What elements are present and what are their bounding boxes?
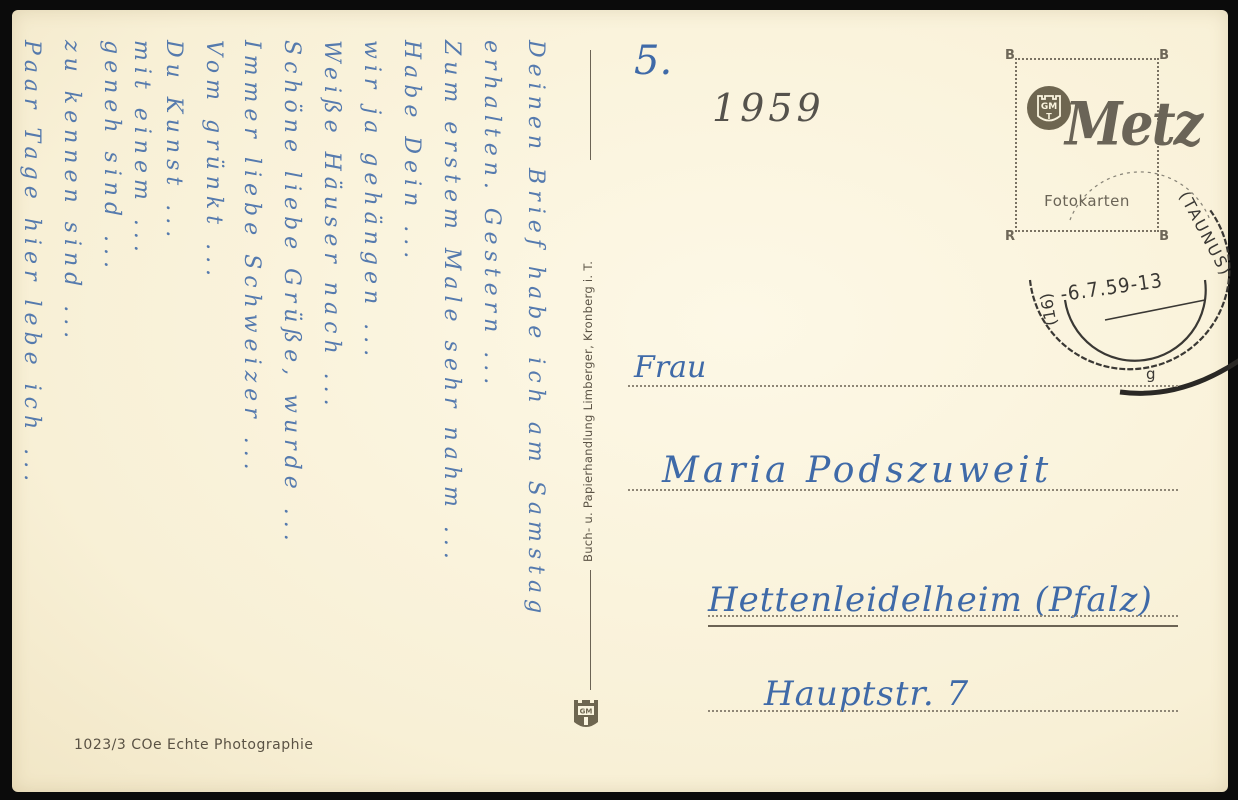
handwritten-year: 1959 <box>712 86 825 130</box>
stamp-corner: R <box>1005 229 1015 244</box>
stamp-subtitle: Fotokarten <box>1007 192 1167 210</box>
address-name: Maria Podszuweit <box>662 450 1052 491</box>
postcard: Paar Tage hier lebe ich ... zu kennen si… <box>12 10 1228 792</box>
message-line: Du Kunst ... <box>162 40 184 243</box>
gm-castle-logo-icon: GM <box>571 694 601 734</box>
message-line: Deinen Brief habe ich am Samstag <box>524 40 546 619</box>
metz-brand: Metz <box>1065 89 1201 159</box>
address-street: Hauptstr. 7 <box>764 674 969 714</box>
svg-text:GM: GM <box>1041 102 1057 112</box>
postmark-code: g <box>1146 365 1156 383</box>
card-print-code: 1023/3 COe Echte Photographie <box>74 737 313 753</box>
handwritten-number: 5. <box>634 38 672 84</box>
address-line <box>708 615 1178 617</box>
message-area: Paar Tage hier lebe ich ... zu kennen si… <box>12 10 572 792</box>
publisher-imprint: Buch- u. Papierhandlung Limberger, Kronb… <box>581 172 595 562</box>
message-line: Vom grünkt ... <box>202 40 224 282</box>
stamp-corner: B <box>1005 48 1015 63</box>
stamp-corner: B <box>1159 229 1169 244</box>
address-line <box>628 489 1178 491</box>
svg-text:T: T <box>1046 112 1052 121</box>
message-line: Zum erstem Male sehr nahm ... <box>440 40 462 565</box>
stamp-corner: B <box>1159 48 1169 63</box>
address-line <box>708 710 1178 712</box>
divider-rule <box>590 570 591 690</box>
message-line: Paar Tage hier lebe ich ... <box>20 40 42 487</box>
stamp-box: B B R B GM T Metz Fotokarten <box>1007 50 1167 240</box>
svg-text:GM: GM <box>580 708 593 716</box>
center-divider: Buch- u. Papierhandlung Limberger, Kronb… <box>590 50 591 690</box>
message-line: zu kennen sind ... <box>60 40 82 344</box>
divider-rule <box>590 50 591 160</box>
message-line: mit einem ... <box>130 40 152 258</box>
message-line: Weiße Häuser nach ... <box>320 40 342 412</box>
message-line: Habe Dein ... <box>400 40 422 264</box>
address-city: Hettenleidelheim (Pfalz) <box>708 580 1153 620</box>
city-underline <box>708 625 1178 627</box>
message-line: erhalten. Gestern ... <box>480 40 502 390</box>
message-line: wir ja gehängen ... <box>360 40 382 362</box>
address-line <box>628 385 1178 387</box>
address-salutation: Frau <box>634 350 706 385</box>
message-line: Immer liebe Schweizer ... <box>240 40 262 476</box>
message-line: Schöne liebe Grüße, wurde ... <box>280 40 302 547</box>
message-line: geneh sind ... <box>100 40 122 274</box>
